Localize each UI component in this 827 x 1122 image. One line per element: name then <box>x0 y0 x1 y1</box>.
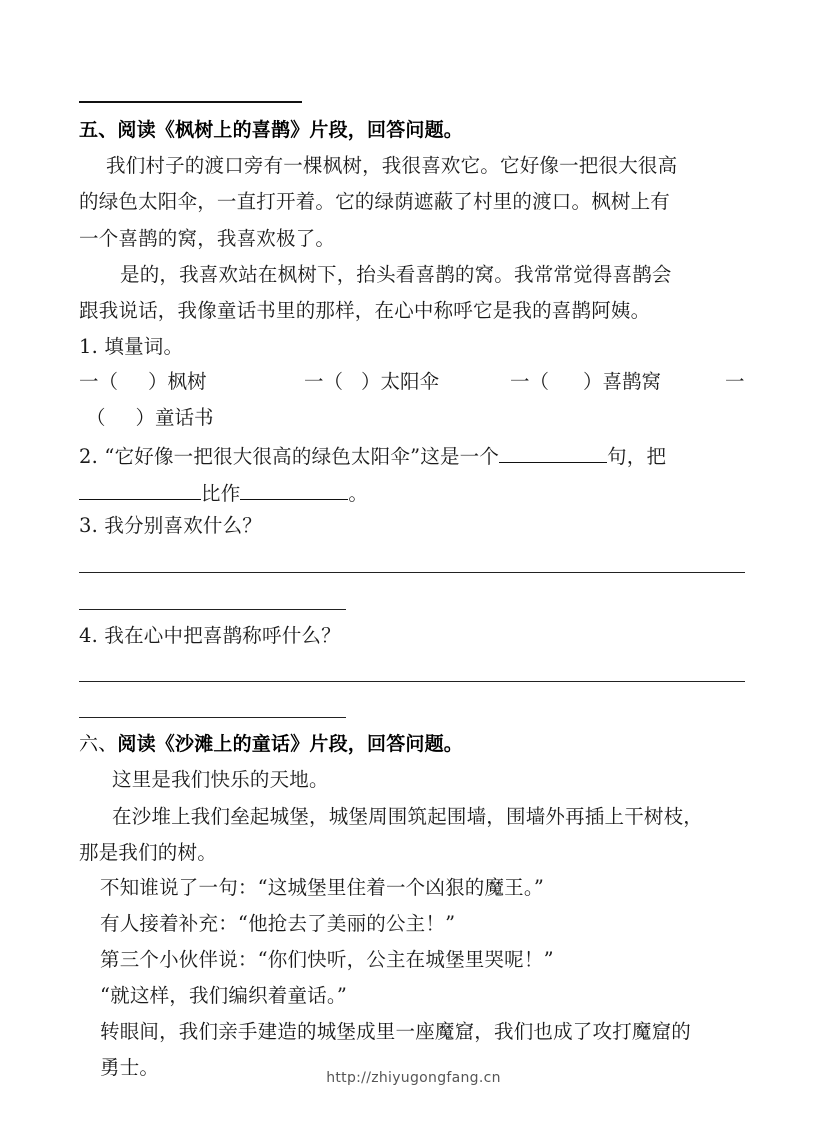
q1-item-suffix: ）太阳伞 <box>361 370 439 393</box>
worksheet-page: 五、阅读《枫树上的喜鹊》片段，回答问题。 我们村子的渡口旁有一棵枫树，我很喜欢它… <box>0 0 827 1122</box>
q1-item-suffix: ）童话书 <box>136 406 214 429</box>
q2-text: 句，把 <box>607 445 666 468</box>
section6-passage-line-3: 那是我们的树。 <box>79 841 217 865</box>
section6-passage-line-8: 转眼间，我们亲手建造的城堡成里一座魔窟，我们也成了攻打魔窟的 <box>100 1020 691 1044</box>
section6-heading: 六、阅读《沙滩上的童话》片段，回答问题。 <box>79 732 463 756</box>
q1-item-suffix: ）喜鹊窝 <box>583 370 661 393</box>
section6-passage-line-4: 不知谁说了一句：“这城堡里住着一个凶狠的魔王。” <box>100 876 544 900</box>
section5-passage-line-4: 是的，我喜欢站在枫树下，抬头看喜鹊的窝。我常常觉得喜鹊会 <box>120 263 672 287</box>
section6-passage-line-7: “就这样，我们编织着童话。” <box>100 984 347 1008</box>
q3-answer-line-1[interactable] <box>79 572 745 573</box>
q4-label: 4. 我在心中把喜鹊称呼什么？ <box>79 624 341 648</box>
section5-passage-line-2: 的绿色太阳伞，一直打开着。它的绿荫遮蔽了村里的渡口。枫树上有 <box>79 190 670 214</box>
q4-answer-line-1[interactable] <box>79 681 745 682</box>
q3-label: 3. 我分别喜欢什么？ <box>79 514 262 538</box>
q1-item-prefix: 一（ <box>304 370 343 393</box>
footer-url: http://zhiyugongfang.cn <box>0 1070 827 1086</box>
section6-passage-line-6: 第三个小伙伴说：“你们快听，公主在城堡里哭呢！” <box>100 948 554 972</box>
q2-text: 比作 <box>201 482 240 505</box>
q2-text: 。 <box>348 482 368 505</box>
q2-blank-subject[interactable] <box>79 479 201 500</box>
q1-item-nest: 一（）喜鹊窝 <box>510 370 661 394</box>
section6-heading-number: 六、 <box>79 733 117 755</box>
section6-passage-line-2: 在沙堆上我们垒起城堡，城堡周围筑起围墙，围墙外再插上干树枝， <box>112 805 703 829</box>
q1-item-suffix: ）枫树 <box>148 370 207 393</box>
q2-line-2: 比作。 <box>79 479 368 506</box>
q4-answer-line-2[interactable] <box>79 717 346 718</box>
section6-passage-line-5: 有人接着补充：“他抢去了美丽的公主！” <box>100 912 455 936</box>
section5-heading: 五、阅读《枫树上的喜鹊》片段，回答问题。 <box>79 118 463 142</box>
q1-label: 1. 填量词。 <box>79 335 183 359</box>
q2-blank-object[interactable] <box>240 479 348 500</box>
q1-item-prefix: （ <box>86 406 106 429</box>
section5-passage-line-3: 一个喜鹊的窝，我喜欢极了。 <box>79 227 335 251</box>
section5-passage-line-1: 我们村子的渡口旁有一棵枫树，我很喜欢它。它好像一把很大很高 <box>106 154 677 178</box>
section6-heading-text: 阅读《沙滩上的童话》片段，回答问题。 <box>117 733 463 755</box>
q1-item-maple: 一（）枫树 <box>79 370 207 394</box>
section5-passage-line-5: 跟我说话，我像童话书里的那样，在心中称呼它是我的喜鹊阿姨。 <box>79 299 650 323</box>
q1-item-prefix: 一（ <box>79 370 118 393</box>
q3-answer-line-2[interactable] <box>79 609 346 610</box>
q2-text: 2. “它好像一把很大很高的绿色太阳伞”这是一个 <box>79 445 499 468</box>
q1-item-book-prefix: 一 <box>725 370 745 394</box>
top-rule <box>79 101 302 103</box>
q1-item-umbrella: 一（）太阳伞 <box>304 370 439 394</box>
q1-item-book: （）童话书 <box>86 406 214 430</box>
q2-blank-sentence-type[interactable] <box>499 442 607 463</box>
q2-line-1: 2. “它好像一把很大很高的绿色太阳伞”这是一个句，把 <box>79 442 666 469</box>
q1-item-prefix: 一（ <box>510 370 549 393</box>
section6-passage-line-1: 这里是我们快乐的天地。 <box>112 768 329 792</box>
